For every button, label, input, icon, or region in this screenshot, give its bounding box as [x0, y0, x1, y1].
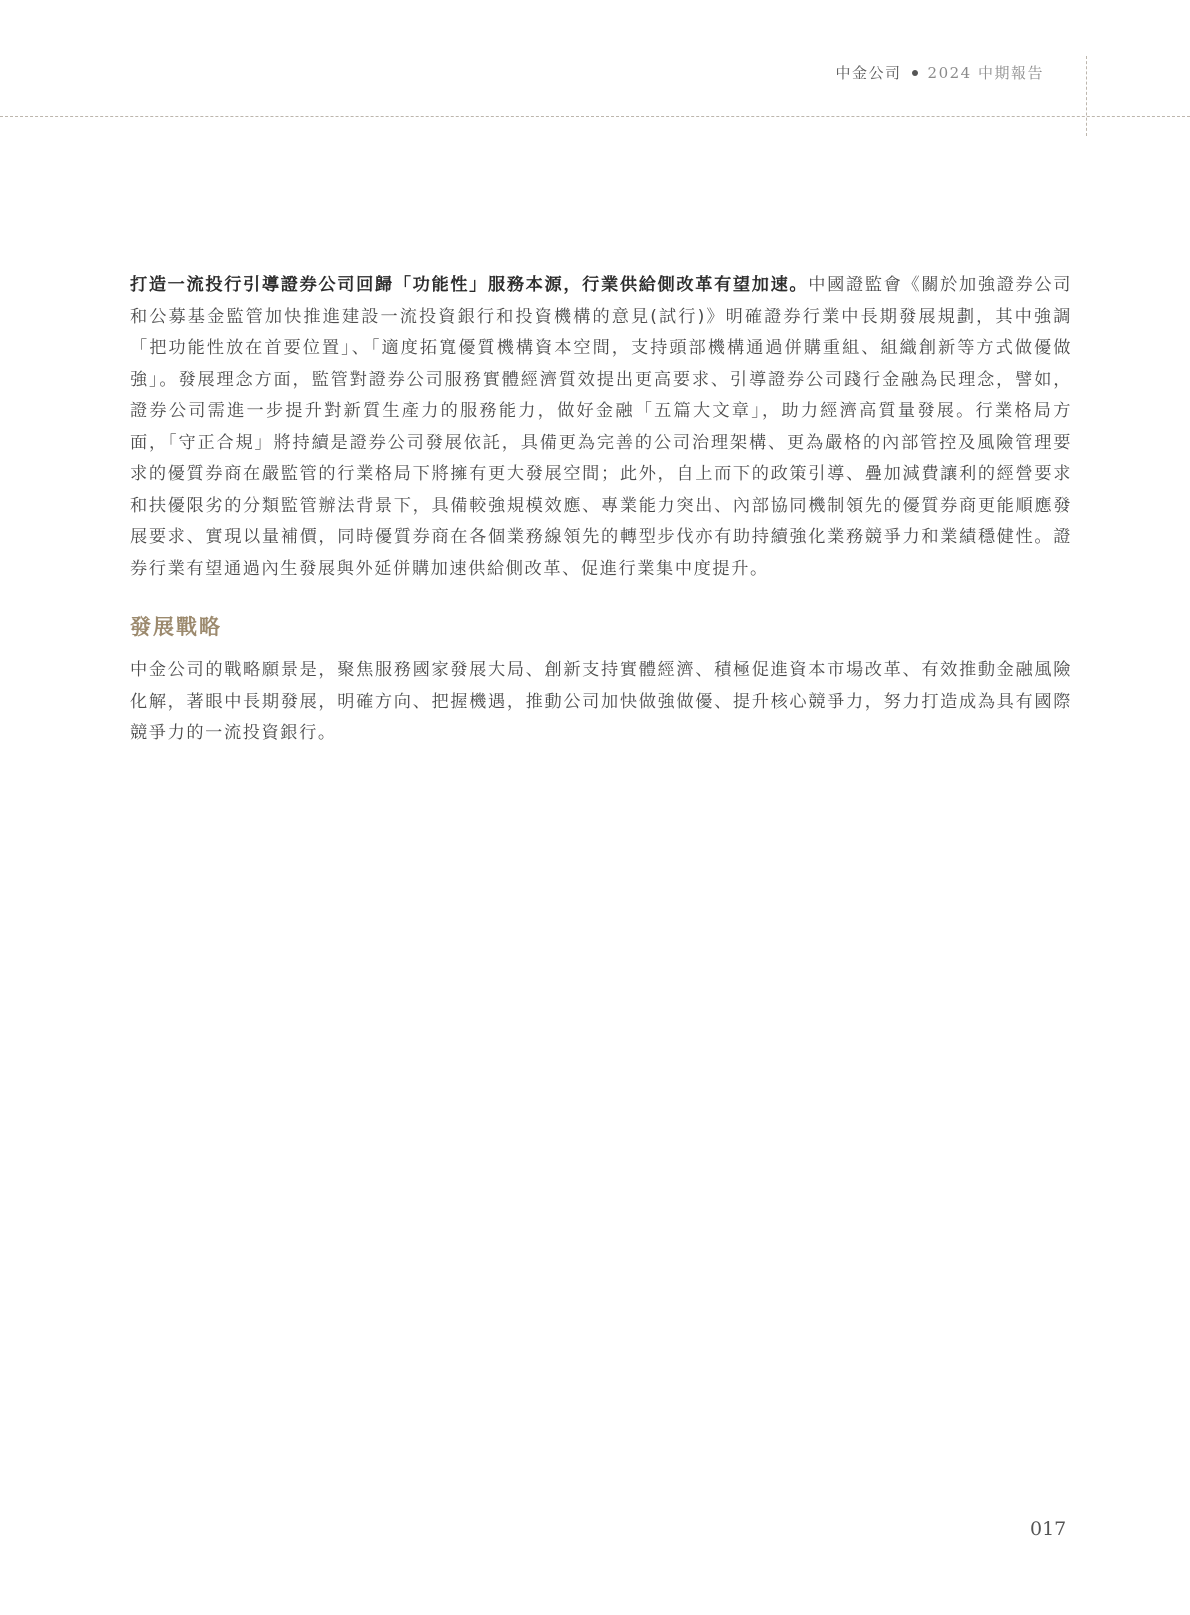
- paragraph-lead-sentence: 打造一流投行引導證券公司回歸「功能性」服務本源，行業供給側改革有望加速。: [130, 275, 808, 295]
- paragraph-body-text: 中國證監會《關於加強證券公司和公募基金監管加快推進建設一流投資銀行和投資機構的意…: [130, 275, 1072, 579]
- industry-outlook-paragraph: 打造一流投行引導證券公司回歸「功能性」服務本源，行業供給側改革有望加速。中國證監…: [130, 270, 1072, 585]
- strategy-paragraph: 中金公司的戰略願景是，聚焦服務國家發展大局、創新支持實體經濟、積極促進資本市場改…: [130, 655, 1072, 750]
- running-header: 中金公司2024 中期報告: [836, 62, 1044, 83]
- page-content: 打造一流投行引導證券公司回歸「功能性」服務本源，行業供給側改革有望加速。中國證監…: [130, 270, 1072, 750]
- section-heading-development-strategy: 發展戰略: [130, 611, 1072, 641]
- horizontal-dashed-rule: [0, 116, 1190, 117]
- bullet-separator-icon: [912, 70, 918, 76]
- vertical-dashed-rule: [1086, 56, 1087, 136]
- header-company-name: 中金公司: [836, 64, 902, 82]
- header-report-title: 2024 中期報告: [928, 64, 1044, 82]
- page-number: 017: [1030, 1518, 1066, 1540]
